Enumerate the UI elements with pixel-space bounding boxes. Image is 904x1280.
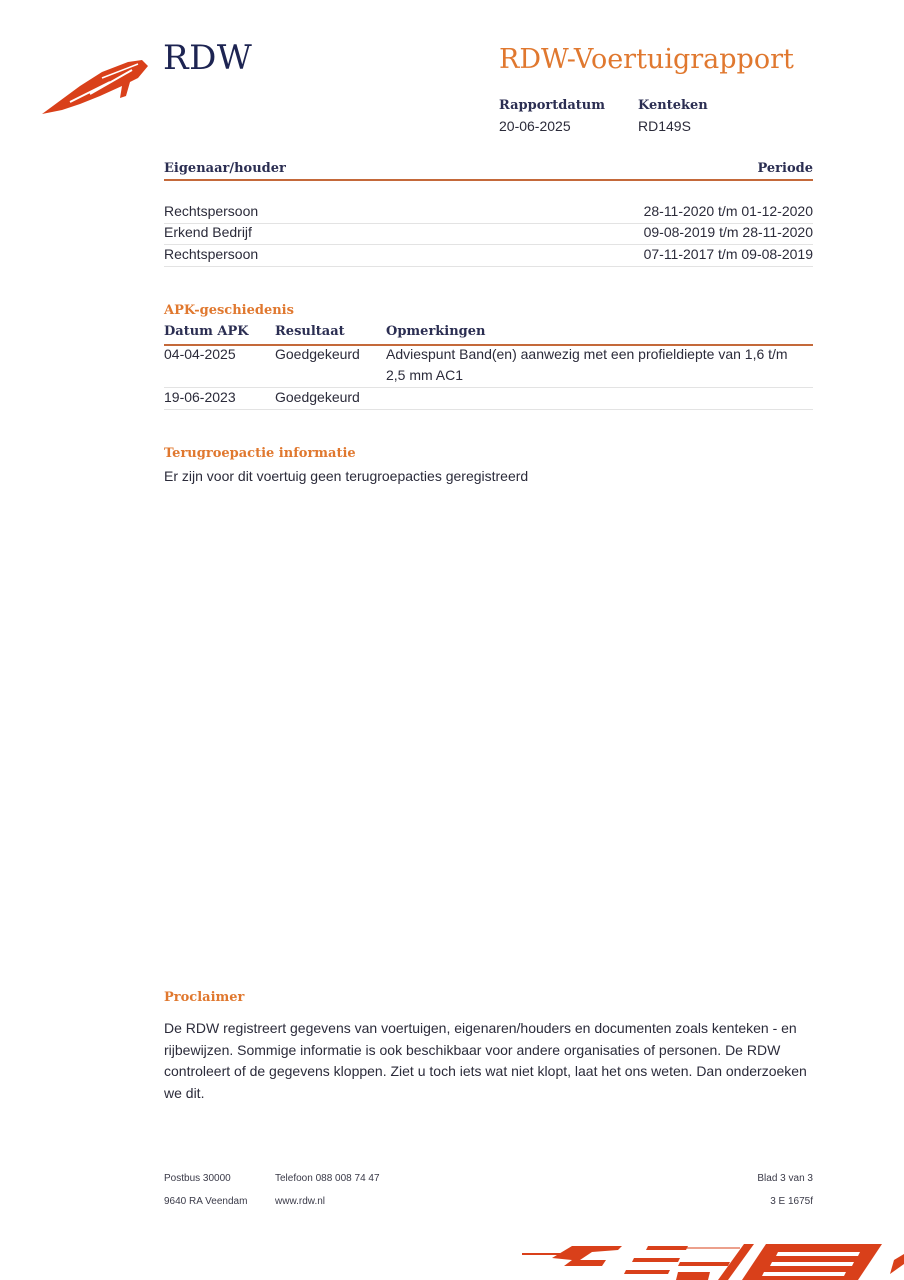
- divider: [164, 409, 813, 410]
- apk-row-1-remarks-line1: Adviespunt Band(en) aanwezig met een pro…: [386, 346, 788, 362]
- disclaimer-line: we dit.: [164, 1083, 814, 1105]
- owner-row-3-period: 07-11-2017 t/m 09-08-2019: [644, 246, 813, 262]
- apk-result-column-header: Resultaat: [275, 324, 345, 339]
- footer-website[interactable]: www.rdw.nl: [275, 1196, 325, 1207]
- license-label: Kenteken: [638, 98, 708, 113]
- disclaimer-title: Proclaimer: [164, 990, 244, 1005]
- rdw-logo-text: RDW: [163, 38, 252, 78]
- owner-row-2-owner: Erkend Bedrijf: [164, 224, 252, 240]
- disclaimer-line: De RDW registreert gegevens van voertuig…: [164, 1018, 814, 1040]
- footer-postbus: Postbus 30000: [164, 1173, 231, 1184]
- divider: [164, 387, 813, 388]
- owner-row-3-owner: Rechtspersoon: [164, 246, 258, 262]
- apk-section-title: APK-geschiedenis: [164, 303, 294, 318]
- owner-column-header: Eigenaar/houder: [164, 161, 286, 176]
- footer-city: 9640 RA Veendam: [164, 1196, 247, 1207]
- report-title: RDW-Voertuigrapport: [499, 44, 794, 75]
- apk-row-2-date: 19-06-2023: [164, 389, 236, 405]
- footer-page-number: Blad 3 van 3: [757, 1173, 813, 1184]
- owner-row-1-period: 28-11-2020 t/m 01-12-2020: [644, 203, 813, 219]
- recall-text: Er zijn voor dit voertuig geen terugroep…: [164, 468, 528, 484]
- owner-row-1-owner: Rechtspersoon: [164, 203, 258, 219]
- rdw-logo-icon: [40, 56, 150, 116]
- period-column-header: Periode: [757, 161, 813, 176]
- footer-phone: Telefoon 088 008 74 47: [275, 1173, 380, 1184]
- disclaimer-line: rijbewijzen. Sommige informatie is ook b…: [164, 1040, 814, 1062]
- apk-row-1-result: Goedgekeurd: [275, 346, 360, 362]
- owners-header-rule: [164, 179, 813, 181]
- owner-row-2-period: 09-08-2019 t/m 28-11-2020: [644, 224, 813, 240]
- footer-code: 3 E 1675f: [770, 1196, 813, 1207]
- report-date-value: 20-06-2025: [499, 118, 571, 134]
- apk-row-1-remarks-line2: 2,5 mm AC1: [386, 367, 463, 383]
- apk-row-1-date: 04-04-2025: [164, 346, 236, 362]
- apk-row-2-result: Goedgekeurd: [275, 389, 360, 405]
- disclaimer-line: controleert of de gegevens kloppen. Ziet…: [164, 1061, 814, 1083]
- apk-date-column-header: Datum APK: [164, 324, 249, 339]
- apk-remarks-column-header: Opmerkingen: [386, 324, 486, 339]
- divider: [164, 244, 813, 245]
- divider: [164, 266, 813, 267]
- license-value: RD149S: [638, 118, 691, 134]
- recall-section-title: Terugroepactie informatie: [164, 446, 356, 461]
- disclaimer-text: De RDW registreert gegevens van voertuig…: [164, 1018, 814, 1104]
- decorative-stripes-icon: [510, 1240, 904, 1280]
- report-date-label: Rapportdatum: [499, 98, 605, 113]
